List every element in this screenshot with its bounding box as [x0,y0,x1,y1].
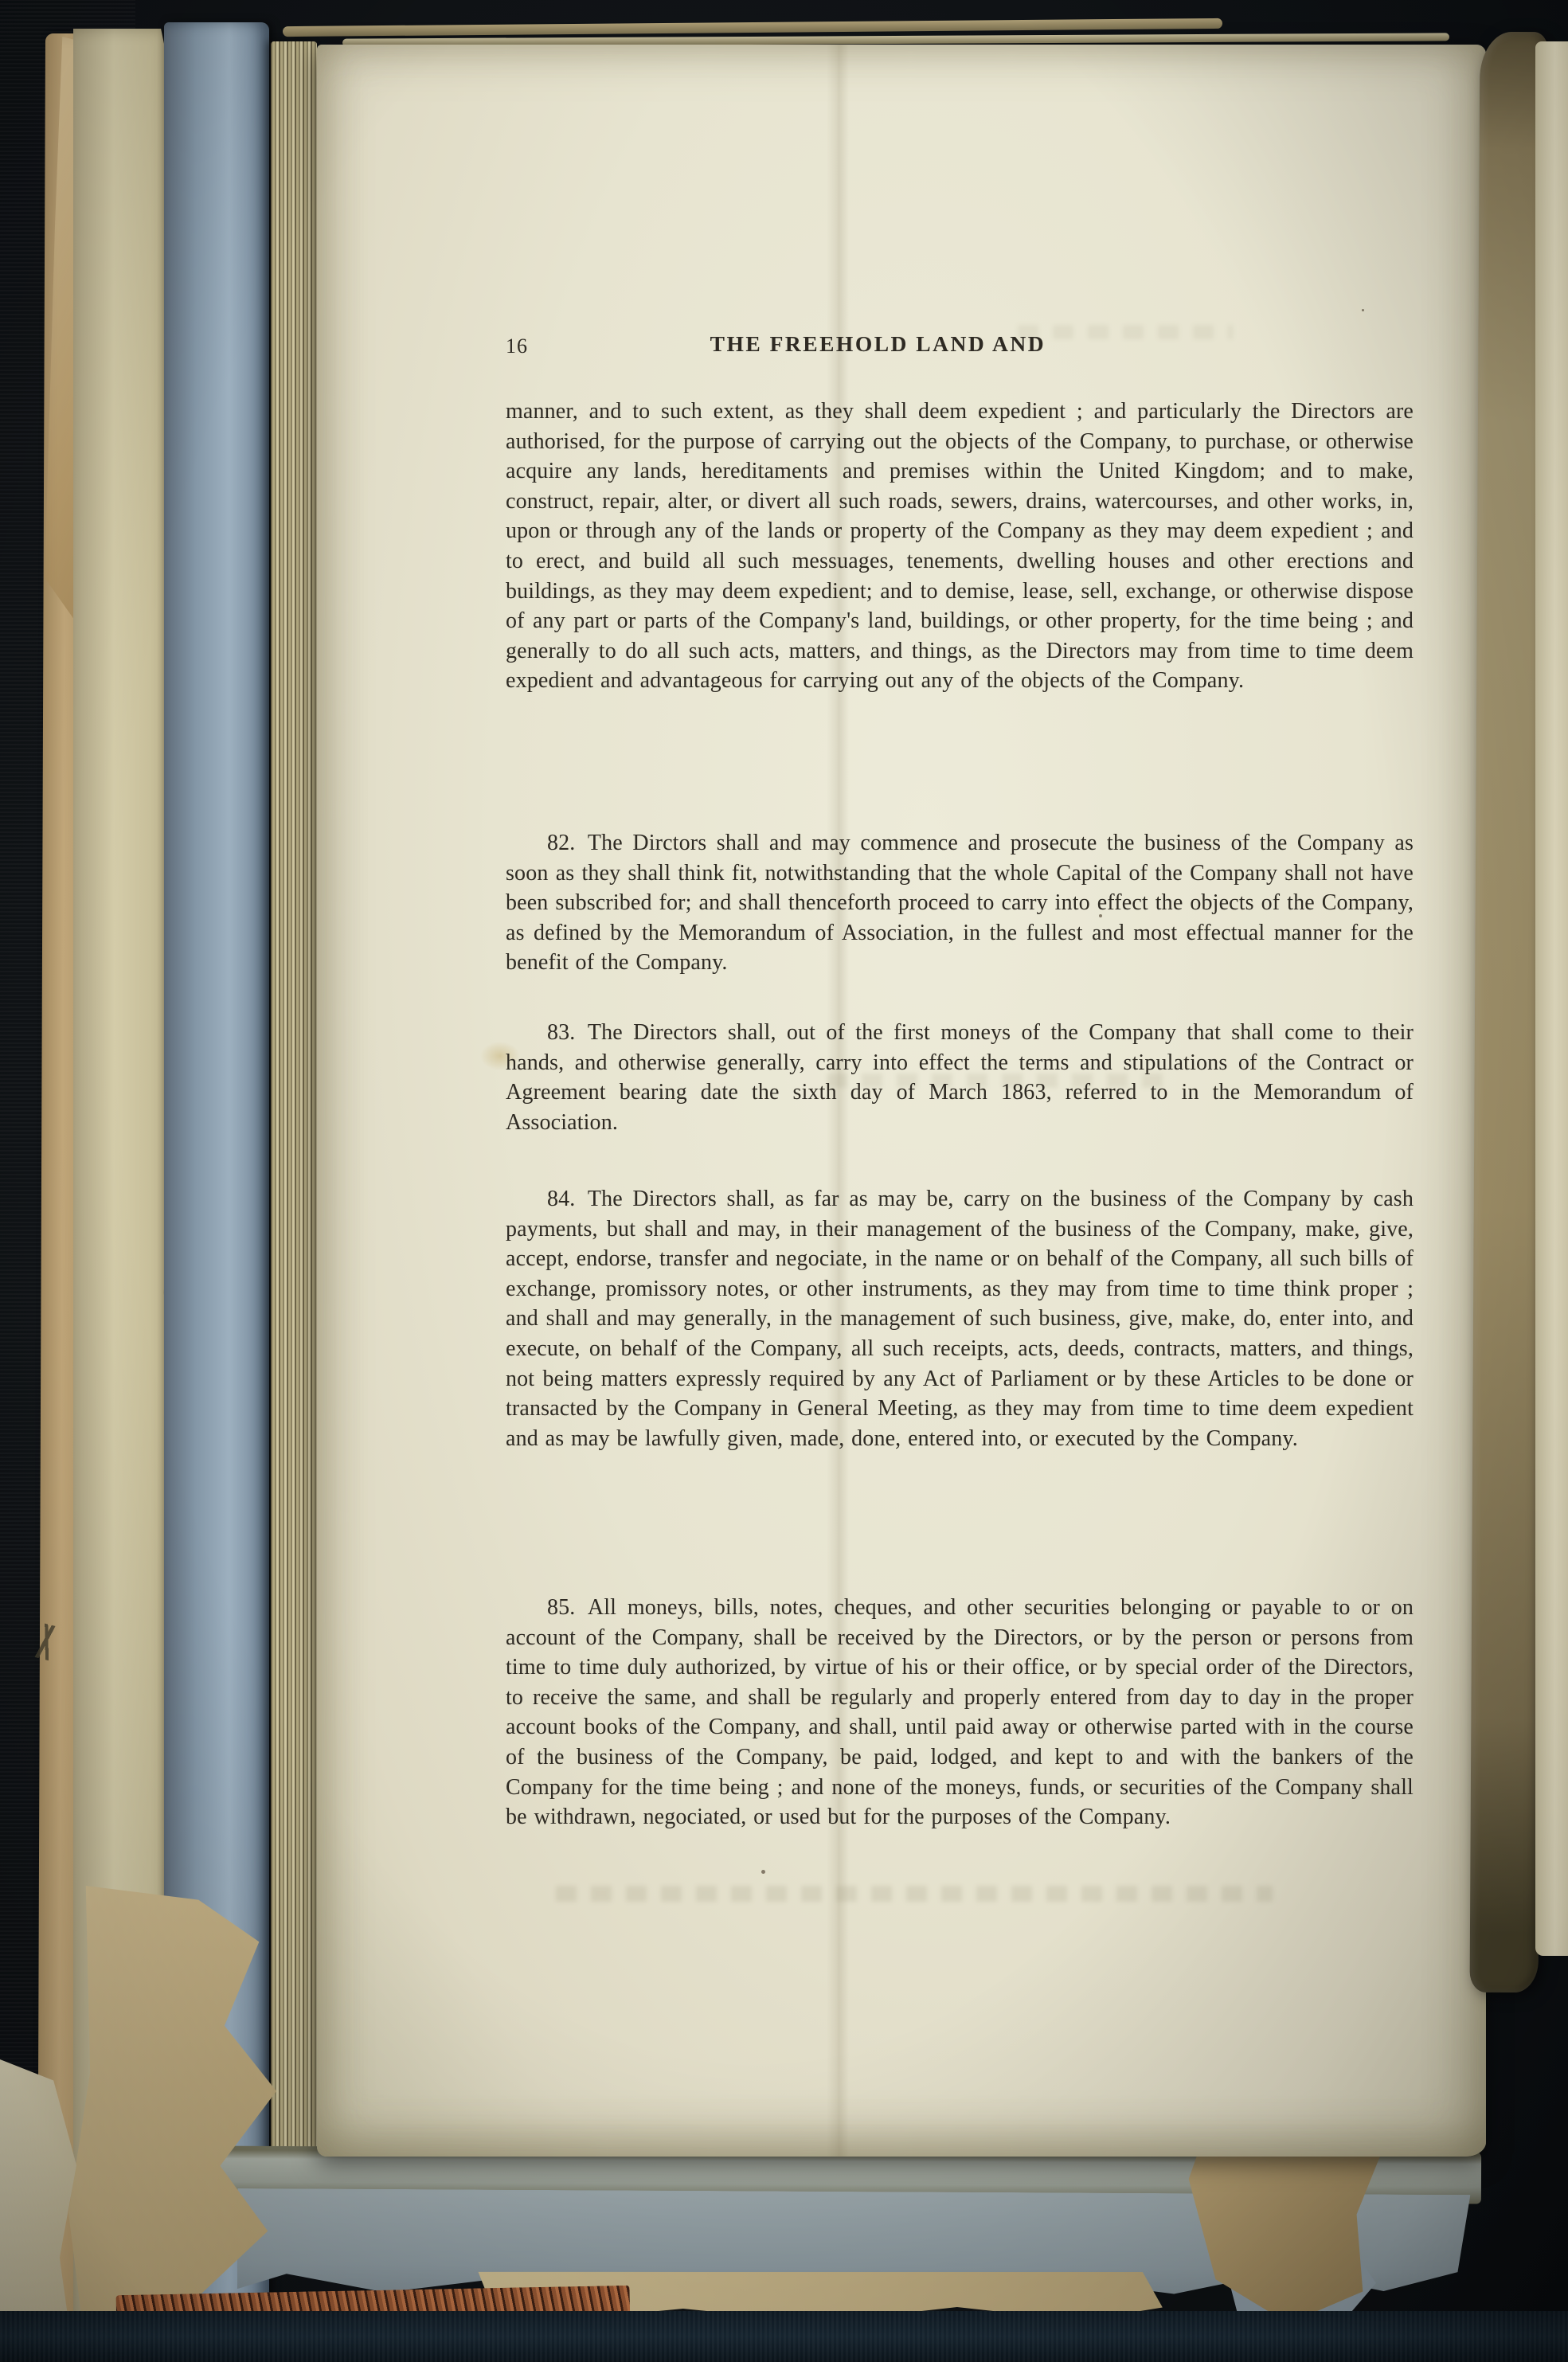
paragraph-number: 84. [547,1187,575,1211]
page-text-block: 16 THE FREEHOLD LAND AND manner, and to … [506,45,1414,2157]
facing-page-edge [1535,41,1568,1956]
running-header: THE FREEHOLD LAND AND [710,331,1046,357]
paragraph-text: The Directors shall, as far as may be, c… [506,1187,1414,1451]
page-block-edges [271,41,317,2169]
paragraph-number: 85. [547,1595,575,1620]
paragraph-number: 82. [547,831,575,855]
page-number: 16 [506,334,528,358]
paragraph-84: 84.The Directors shall, as far as may be… [506,1184,1414,1453]
book-cover-cloth [0,2311,1568,2362]
paragraph-85: 85.All moneys, bills, notes, cheques, an… [506,1593,1414,1832]
paragraph-text: The Directors shall, out of the first mo… [506,1020,1414,1135]
page-header: 16 THE FREEHOLD LAND AND [506,331,1414,365]
paragraph-text: The Dirctors shall and may commence and … [506,831,1414,975]
top-page-edge [283,18,1222,37]
book-page: 16 THE FREEHOLD LAND AND manner, and to … [317,45,1486,2157]
paragraph-number: 83. [547,1020,575,1045]
book-photograph: 16 THE FREEHOLD LAND AND manner, and to … [0,0,1568,2362]
paragraph-83: 83.The Directors shall, out of the first… [506,1018,1414,1137]
paragraph-82: 82.The Dirctors shall and may commence a… [506,828,1414,978]
paragraph-text: All moneys, bills, notes, cheques, and o… [506,1595,1414,1829]
paragraph-81-continuation: manner, and to such extent, as they shal… [506,397,1414,696]
paragraph-text: manner, and to such extent, as they shal… [506,399,1414,693]
